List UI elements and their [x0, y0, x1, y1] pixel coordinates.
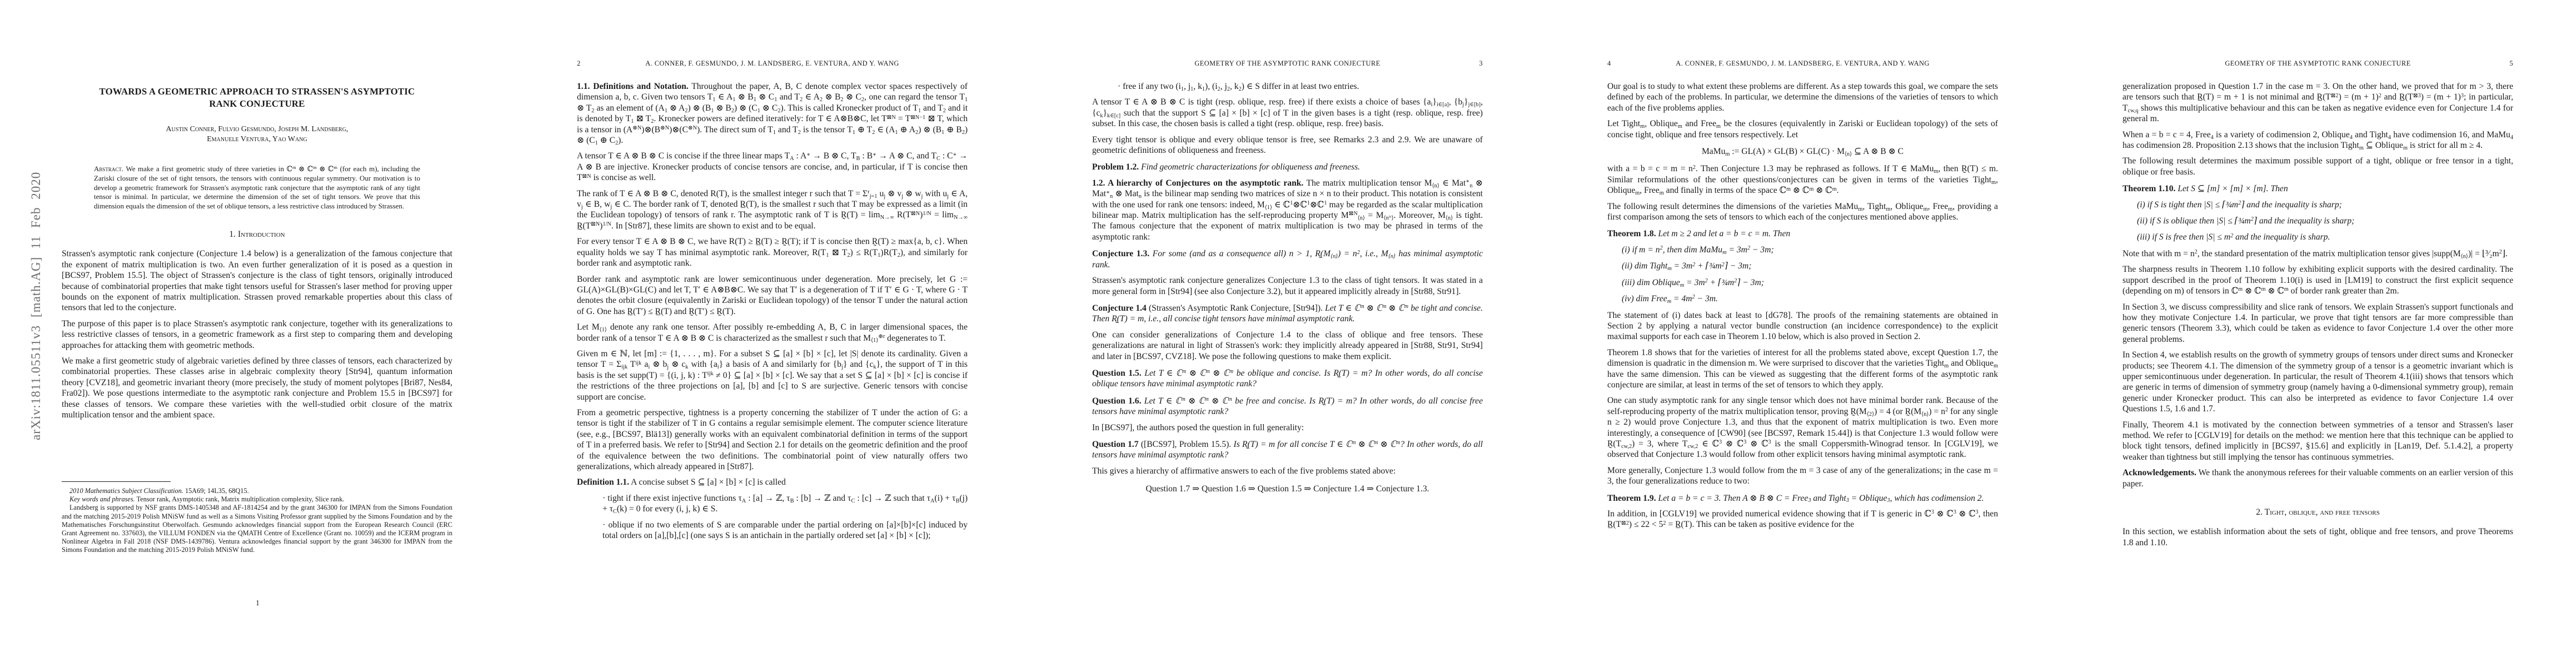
page-3-content: · free if any two (i1, j1, k1), (i2, j2,… [1092, 81, 1483, 495]
paragraph: In addition, in [CGLV19] we provided num… [1607, 509, 1998, 530]
paragraph: Border rank and asymptotic rank are lowe… [577, 274, 968, 317]
page-5: GEOMETRY OF THE ASYMPTOTIC RANK CONJECTU… [2061, 0, 2576, 667]
paragraph: When a = b = c = 4, Free4 is a variety o… [2122, 130, 2513, 151]
theorem: Problem 1.2. Find geometric characteriza… [1092, 162, 1483, 172]
paragraph: 1.2. A hierarchy of Conjectures on the a… [1092, 178, 1483, 242]
list-item: (ii) if S is oblique then |S| ≤ ⌈¾m2⌉ an… [2122, 216, 2513, 226]
header-page-number: 2 [577, 59, 610, 68]
paragraph: Theorem 1.8 shows that for the varieties… [1607, 347, 1998, 391]
theorem: Theorem 1.9. Let a = b = c = 3. Then A ⊗… [1607, 493, 1998, 504]
theorem: Conjecture 1.4 (Strassen's Asymptotic Ra… [1092, 303, 1483, 325]
paragraph: The purpose of this paper is to place St… [62, 318, 452, 351]
header-page-number [2122, 59, 2156, 68]
header-running-title: GEOMETRY OF THE ASYMPTOTIC RANK CONJECTU… [2156, 59, 2480, 68]
page-1-content: TOWARDS A GEOMETRIC APPROACH TO STRASSEN… [62, 83, 452, 425]
paragraph: Let Tightm, Obliquem and Freem be the cl… [1607, 118, 1998, 140]
list-item: (iii) if S is free then |S| ≤ m2 and the… [2122, 232, 2513, 242]
paragraph: Let M⟨1⟩ denote any rank one tensor. Aft… [577, 322, 968, 344]
paragraph: From a geometric perspective, tightness … [577, 407, 968, 472]
paragraph: For every tensor T ∈ A ⊗ B ⊗ C, we have … [577, 236, 968, 268]
page-4-content: Our goal is to study to what extent thes… [1607, 81, 1998, 535]
list-item: (iii) dim Obliquem = 3m2 + ⌈¾m2⌉ − 3m; [1607, 277, 1998, 288]
paragraph: Given m ∈ ℕ, let [m] := {1, . . . , m}. … [577, 349, 968, 402]
theorem: Question 1.7 ([BCS97], Problem 15.5). Is… [1092, 439, 1483, 461]
list-item: (i) if S is tight then |S| ≤ ⌈¾m2⌉ and t… [2122, 200, 2513, 210]
paragraph: Acknowledgements. We thank the anonymous… [2122, 467, 2513, 489]
section-heading: 1. Introduction [62, 229, 452, 240]
list-item: · free if any two (i1, j1, k1), (i2, j2,… [1092, 81, 1483, 92]
paragraph: The rank of T ∈ A ⊗ B ⊗ C, denoted R(T),… [577, 188, 968, 232]
paper-title: TOWARDS A GEOMETRIC APPROACH TO STRASSEN… [62, 86, 452, 110]
header-page-number: 3 [1449, 59, 1483, 68]
page-4: 4 A. CONNER, F. GESMUNDO, J. M. LANDSBER… [1546, 0, 2061, 667]
section-heading: 2. Tight, oblique, and free tensors [2122, 507, 2513, 517]
arxiv-watermark: arXiv:1811.05511v3 [math.AG] 11 Feb 2020 [29, 172, 43, 440]
paragraph: The following result determines the dime… [1607, 201, 1998, 223]
abstract: Abstract. We make a first geometric stud… [62, 165, 452, 211]
paragraph: More generally, Conjecture 1.3 would fol… [1607, 465, 1998, 487]
page-2-content: 1.1. Definitions and Notation. Throughou… [577, 81, 968, 546]
paragraph: One can consider generalizations of Conj… [1092, 330, 1483, 362]
list-item: · tight if there exist injective functio… [577, 493, 968, 515]
paper-screenshot: { "arxiv_label": "arXiv:1811.05511v3 [ma… [0, 0, 2576, 667]
header-page-number [934, 59, 968, 68]
paragraph: A tensor T ∈ A ⊗ B ⊗ C is concise if the… [577, 151, 968, 183]
paragraph: One can study asymptotic rank for any si… [1607, 395, 1998, 460]
paragraph: Finally, Theorem 4.1 is motivated by the… [2122, 420, 2513, 463]
theorem: Question 1.6. Let T ∈ ℂm ⊗ ℂm ⊗ ℂm be fr… [1092, 396, 1483, 417]
paragraph: In Section 3, we discuss compressibility… [2122, 302, 2513, 345]
paragraph: Note that with m = n2, the standard pres… [2122, 248, 2513, 259]
paragraph: Strassen's asymptotic rank conjecture (C… [62, 248, 452, 313]
paragraph: The sharpness results in Theorem 1.10 fo… [2122, 264, 2513, 296]
theorem: Question 1.5. Let T ∈ ℂm ⊗ ℂm ⊗ ℂm be ob… [1092, 368, 1483, 390]
page-1: arXiv:1811.05511v3 [math.AG] 11 Feb 2020… [0, 0, 515, 667]
paper-authors: Austin Conner, Fulvio Gesmundo, Joseph M… [62, 125, 452, 145]
list-item: · oblique if no two elements of S are co… [577, 520, 968, 541]
paragraph: with a = b = c = m = n2. Then Conjecture… [1607, 163, 1998, 196]
footnote: Key words and phrases. Tensor rank, Asym… [62, 495, 452, 504]
running-header: 2 A. CONNER, F. GESMUNDO, J. M. LANDSBER… [577, 59, 968, 68]
running-header: GEOMETRY OF THE ASYMPTOTIC RANK CONJECTU… [2122, 59, 2513, 68]
display-equation: MaMum := GL(A) × GL(B) × GL(C) · M⟨n⟩ ⊆ … [1607, 146, 1998, 157]
page-1-number: 1 [0, 599, 515, 608]
paragraph: In Section 4, we establish results on th… [2122, 350, 2513, 414]
theorem: Conjecture 1.3. For some (and as a conse… [1092, 248, 1483, 270]
paragraph: In [BCS97], the authors posed the questi… [1092, 422, 1483, 433]
page-3: GEOMETRY OF THE ASYMPTOTIC RANK CONJECTU… [1030, 0, 1546, 667]
footnote: Landsberg is supported by NSF grants DMS… [62, 504, 452, 554]
header-page-number [1092, 59, 1125, 68]
header-page-number [1965, 59, 1998, 68]
paragraph: Our goal is to study to what extent thes… [1607, 81, 1998, 113]
paragraph: We make a first geometric study of algeb… [62, 356, 452, 420]
paragraph: A tensor T ∈ A ⊗ B ⊗ C is tight (resp. o… [1092, 97, 1483, 129]
paragraph: Definition 1.1. A concise subset S ⊆ [a]… [577, 477, 968, 487]
header-running-title: GEOMETRY OF THE ASYMPTOTIC RANK CONJECTU… [1125, 59, 1449, 68]
paragraph: In this section, we establish informatio… [2122, 526, 2513, 548]
footnote: 2010 Mathematics Subject Classification.… [62, 487, 452, 495]
centered-line: Question 1.7 ⇒ Question 1.6 ⇒ Question 1… [1092, 484, 1483, 494]
paragraph: This gives a hierarchy of affirmative an… [1092, 466, 1483, 476]
paragraph: The statement of (i) dates back at least… [1607, 310, 1998, 342]
list-item: (iv) dim Freem = 4m2 − 3m. [1607, 293, 1998, 304]
header-page-number: 4 [1607, 59, 1641, 68]
theorem: Theorem 1.8. Let m ≥ 2 and let a = b = c… [1607, 228, 1998, 239]
page-1-footnotes: 2010 Mathematics Subject Classification.… [62, 481, 452, 555]
running-header: 4 A. CONNER, F. GESMUNDO, J. M. LANDSBER… [1607, 59, 1998, 68]
header-running-title: A. CONNER, F. GESMUNDO, J. M. LANDSBERG,… [610, 59, 934, 68]
paragraph: The following result determines the maxi… [2122, 156, 2513, 177]
paragraph: 1.1. Definitions and Notation. Throughou… [577, 81, 968, 146]
header-page-number: 5 [2480, 59, 2513, 68]
header-running-title: A. CONNER, F. GESMUNDO, J. M. LANDSBERG,… [1641, 59, 1965, 68]
running-header: GEOMETRY OF THE ASYMPTOTIC RANK CONJECTU… [1092, 59, 1483, 68]
footnote-rule [62, 481, 171, 482]
paragraph: generalization proposed in Question 1.7 … [2122, 81, 2513, 125]
theorem: Theorem 1.10. Let S ⊆ [m] × [m] × [m]. T… [2122, 183, 2513, 194]
paragraph: Strassen's asymptotic rank conjecture ge… [1092, 275, 1483, 297]
list-item: (i) if m = n2, then dim MaMum = 3m2 − 3m… [1607, 245, 1998, 255]
list-item: (ii) dim Tightm = 3m2 + ⌈¾m2⌉ − 3m; [1607, 261, 1998, 271]
page-2: 2 A. CONNER, F. GESMUNDO, J. M. LANDSBER… [515, 0, 1030, 667]
paragraph: Every tight tensor is oblique and every … [1092, 135, 1483, 156]
page-5-content: generalization proposed in Question 1.7 … [2122, 81, 2513, 553]
